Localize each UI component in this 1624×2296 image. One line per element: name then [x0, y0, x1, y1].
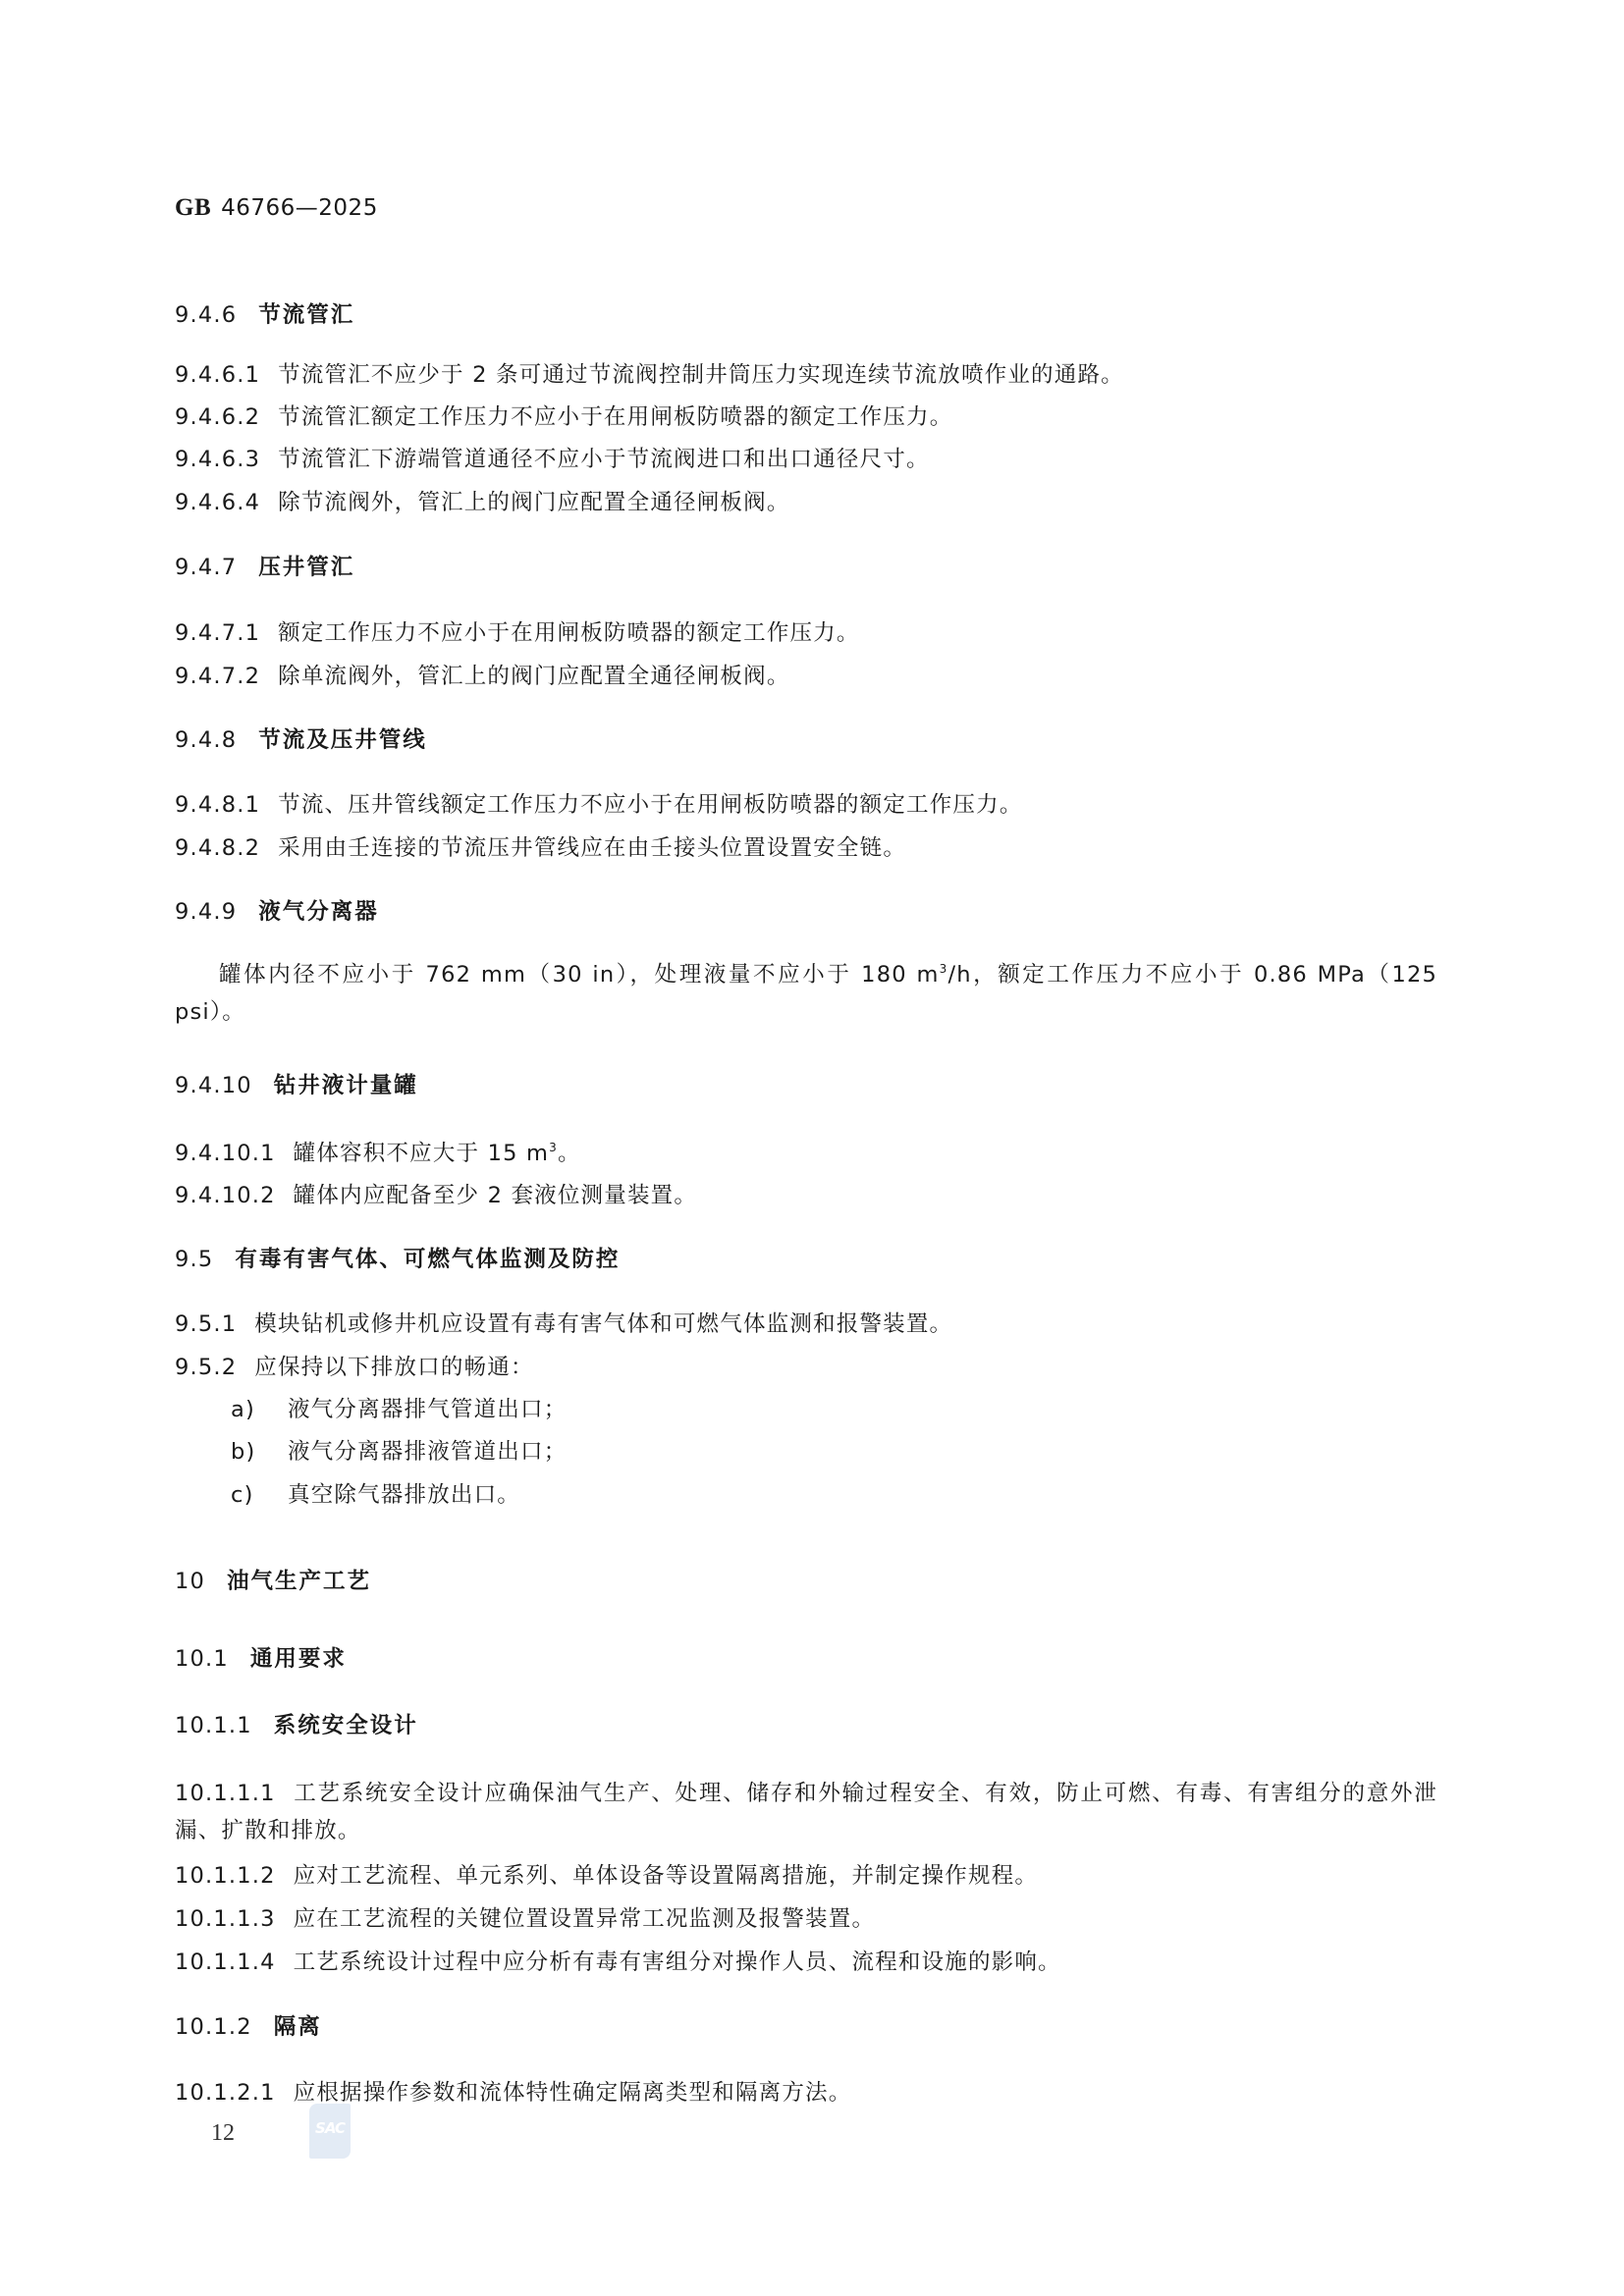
clause-number: 10.1.1.4 — [175, 1949, 276, 1975]
clause-number: 10.1.1.1 — [175, 1781, 276, 1806]
clause-text: 模块钻机或修井机应设置有毒有害气体和可燃气体监测和报警装置。 — [254, 1311, 952, 1337]
list-text: 液气分离器排液管道出口； — [288, 1439, 567, 1465]
clause-number: 10.1.2 — [175, 2014, 252, 2040]
clause-text: 罐体内应配备至少 2 套液位测量装置。 — [294, 1183, 697, 1208]
clause-9-5-1: 9.5.1模块钻机或修井机应设置有毒有害气体和可燃气体监测和报警装置。 — [175, 1307, 952, 1338]
clause-text: 工艺系统设计过程中应分析有毒有害组分对操作人员、流程和设施的影响。 — [294, 1949, 1061, 1975]
heading-10-1: 10.1通用要求 — [175, 1641, 347, 1673]
clause-number: 9.4.9 — [175, 899, 237, 925]
clause-title: 压井管汇 — [258, 555, 354, 580]
clause-number: 9.4.6.1 — [175, 362, 260, 388]
sac-logo-icon: SAC — [309, 2104, 351, 2159]
heading-10: 10油气生产工艺 — [175, 1564, 371, 1595]
clause-9-4-6-3: 9.4.6.3节流管汇下游端管道通径不应小于节流阀进口和出口通径尺寸。 — [175, 442, 930, 473]
list-label: a) — [231, 1397, 288, 1422]
list-item: c)真空除气器排放出口。 — [231, 1477, 520, 1509]
clause-title: 有毒有害气体、可燃气体监测及防控 — [235, 1247, 620, 1272]
clause-number: 9.4.6.3 — [175, 447, 260, 472]
superscript: 3 — [549, 1141, 558, 1154]
clause-title: 通用要求 — [250, 1646, 347, 1672]
clause-10-1-1-2: 10.1.1.2应对工艺流程、单元系列、单体设备等设置隔离措施，并制定操作规程。 — [175, 1858, 1038, 1890]
clause-number: 9.5.2 — [175, 1355, 237, 1380]
list-text: 液气分离器排气管道出口； — [288, 1397, 567, 1422]
list-text: 真空除气器排放出口。 — [288, 1482, 520, 1508]
logo-text: SAC — [309, 2119, 351, 2137]
standard-prefix: GB — [175, 194, 211, 221]
clause-number: 9.4.7.1 — [175, 620, 260, 646]
heading-10-1-2: 10.1.2隔离 — [175, 2009, 322, 2041]
clause-title: 节流管汇 — [258, 302, 354, 328]
standard-number: GB46766—2025 — [175, 194, 378, 222]
list-item: b)液气分离器排液管道出口； — [231, 1434, 567, 1466]
clause-10-1-1-1: 10.1.1.1工艺系统安全设计应确保油气生产、处理、储存和外输过程安全、有效，… — [175, 1775, 1437, 1849]
clause-text: 除节流阀外，管汇上的阀门应配置全通径闸板阀。 — [278, 490, 789, 515]
clause-9-5-2: 9.5.2应保持以下排放口的畅通： — [175, 1350, 534, 1381]
clause-10-1-1-3: 10.1.1.3应在工艺流程的关键位置设置异常工况监测及报警装置。 — [175, 1901, 875, 1933]
heading-9-4-6: 9.4.6节流管汇 — [175, 297, 354, 329]
clause-9-4-8-1: 9.4.8.1节流、压井管线额定工作压力不应小于在用闸板防喷器的额定工作压力。 — [175, 787, 1023, 819]
clause-text: 除单流阀外，管汇上的阀门应配置全通径闸板阀。 — [278, 664, 789, 689]
clause-number: 9.5 — [175, 1247, 213, 1272]
heading-9-5: 9.5有毒有害气体、可燃气体监测及防控 — [175, 1242, 620, 1273]
clause-text: 应对工艺流程、单元系列、单体设备等设置隔离措施，并制定操作规程。 — [294, 1863, 1038, 1889]
clause-text: 采用由壬连接的节流压井管线应在由壬接头位置设置安全链。 — [278, 835, 906, 861]
document-page: GB46766—2025 9.4.6节流管汇 9.4.6.1节流管汇不应少于 2… — [0, 0, 1624, 2296]
clause-number: 9.4.10 — [175, 1073, 252, 1098]
clause-9-4-8-2: 9.4.8.2采用由壬连接的节流压井管线应在由壬接头位置设置安全链。 — [175, 830, 906, 862]
clause-9-4-10-1: 9.4.10.1罐体容积不应大于 15 m3。 — [175, 1136, 581, 1167]
list-label: b) — [231, 1439, 288, 1465]
clause-title: 钻井液计量罐 — [274, 1073, 418, 1098]
heading-9-4-10: 9.4.10钻井液计量罐 — [175, 1068, 418, 1099]
clause-number: 10.1.2.1 — [175, 2080, 276, 2106]
clause-number: 9.4.10.2 — [175, 1183, 276, 1208]
clause-number: 10.1.1.3 — [175, 1906, 276, 1932]
clause-number: 9.4.8.2 — [175, 835, 260, 861]
clause-9-4-6-4: 9.4.6.4除节流阀外，管汇上的阀门应配置全通径闸板阀。 — [175, 485, 790, 516]
clause-title: 液气分离器 — [258, 899, 379, 925]
clause-10-1-2-1: 10.1.2.1应根据操作参数和流体特性确定隔离类型和隔离方法。 — [175, 2075, 851, 2107]
clause-number: 9.5.1 — [175, 1311, 237, 1337]
clause-number: 9.4.8 — [175, 727, 237, 753]
list-item: a)液气分离器排气管道出口； — [231, 1392, 567, 1423]
clause-9-4-7-2: 9.4.7.2除单流阀外，管汇上的阀门应配置全通径闸板阀。 — [175, 659, 790, 690]
clause-9-4-6-2: 9.4.6.2节流管汇额定工作压力不应小于在用闸板防喷器的额定工作压力。 — [175, 400, 952, 431]
clause-text: 罐体容积不应大于 15 m — [294, 1141, 549, 1166]
clause-text: 节流、压井管线额定工作压力不应小于在用闸板防喷器的额定工作压力。 — [278, 792, 1022, 818]
clause-title: 隔离 — [274, 2014, 322, 2040]
clause-9-4-9-paragraph: 罐体内径不应小于 762 mm（30 in），处理液量不应小于 180 m3/h… — [175, 950, 1437, 1031]
clause-9-4-7-1: 9.4.7.1额定工作压力不应小于在用闸板防喷器的额定工作压力。 — [175, 615, 860, 647]
clause-text: 节流管汇下游端管道通径不应小于节流阀进口和出口通径尺寸。 — [278, 447, 930, 472]
clause-number: 9.4.6.4 — [175, 490, 260, 515]
heading-9-4-7: 9.4.7压井管汇 — [175, 550, 354, 581]
clause-title: 油气生产工艺 — [227, 1569, 371, 1594]
clause-9-4-10-2: 9.4.10.2罐体内应配备至少 2 套液位测量装置。 — [175, 1178, 697, 1209]
clause-number: 10.1 — [175, 1646, 229, 1672]
clause-9-4-6-1: 9.4.6.1节流管汇不应少于 2 条可通过节流阀控制井筒压力实现连续节流放喷作… — [175, 357, 1124, 389]
clause-number: 9.4.6 — [175, 302, 237, 328]
clause-title: 系统安全设计 — [274, 1713, 418, 1738]
clause-number: 10 — [175, 1569, 205, 1594]
clause-title: 节流及压井管线 — [258, 727, 427, 753]
clause-text: 工艺系统安全设计应确保油气生产、处理、储存和外输过程安全、有效，防止可燃、有毒、… — [175, 1781, 1437, 1843]
clause-text: 应保持以下排放口的畅通： — [254, 1355, 533, 1380]
paragraph-text: 罐体内径不应小于 762 mm（30 in），处理液量不应小于 180 m — [219, 962, 940, 988]
clause-number: 9.4.10.1 — [175, 1141, 276, 1166]
clause-number: 9.4.7.2 — [175, 664, 260, 689]
clause-number: 9.4.7 — [175, 555, 237, 580]
heading-9-4-9: 9.4.9液气分离器 — [175, 894, 379, 926]
clause-10-1-1-4: 10.1.1.4工艺系统设计过程中应分析有毒有害组分对操作人员、流程和设施的影响… — [175, 1945, 1061, 1976]
clause-number: 9.4.6.2 — [175, 404, 260, 430]
clause-text: 节流管汇额定工作压力不应小于在用闸板防喷器的额定工作压力。 — [278, 404, 952, 430]
list-label: c) — [231, 1482, 288, 1508]
clause-number: 10.1.1 — [175, 1713, 252, 1738]
standard-code: 46766—2025 — [221, 195, 378, 221]
page-number: 12 — [211, 2120, 235, 2147]
heading-10-1-1: 10.1.1系统安全设计 — [175, 1708, 418, 1739]
clause-text: 。 — [558, 1141, 581, 1166]
clause-number: 9.4.8.1 — [175, 792, 260, 818]
clause-text: 应根据操作参数和流体特性确定隔离类型和隔离方法。 — [294, 2080, 852, 2106]
heading-9-4-8: 9.4.8节流及压井管线 — [175, 722, 427, 754]
clause-number: 10.1.1.2 — [175, 1863, 276, 1889]
clause-text: 额定工作压力不应小于在用闸板防喷器的额定工作压力。 — [278, 620, 860, 646]
clause-text: 节流管汇不应少于 2 条可通过节流阀控制井筒压力实现连续节流放喷作业的通路。 — [278, 362, 1124, 388]
clause-text: 应在工艺流程的关键位置设置异常工况监测及报警装置。 — [294, 1906, 876, 1932]
